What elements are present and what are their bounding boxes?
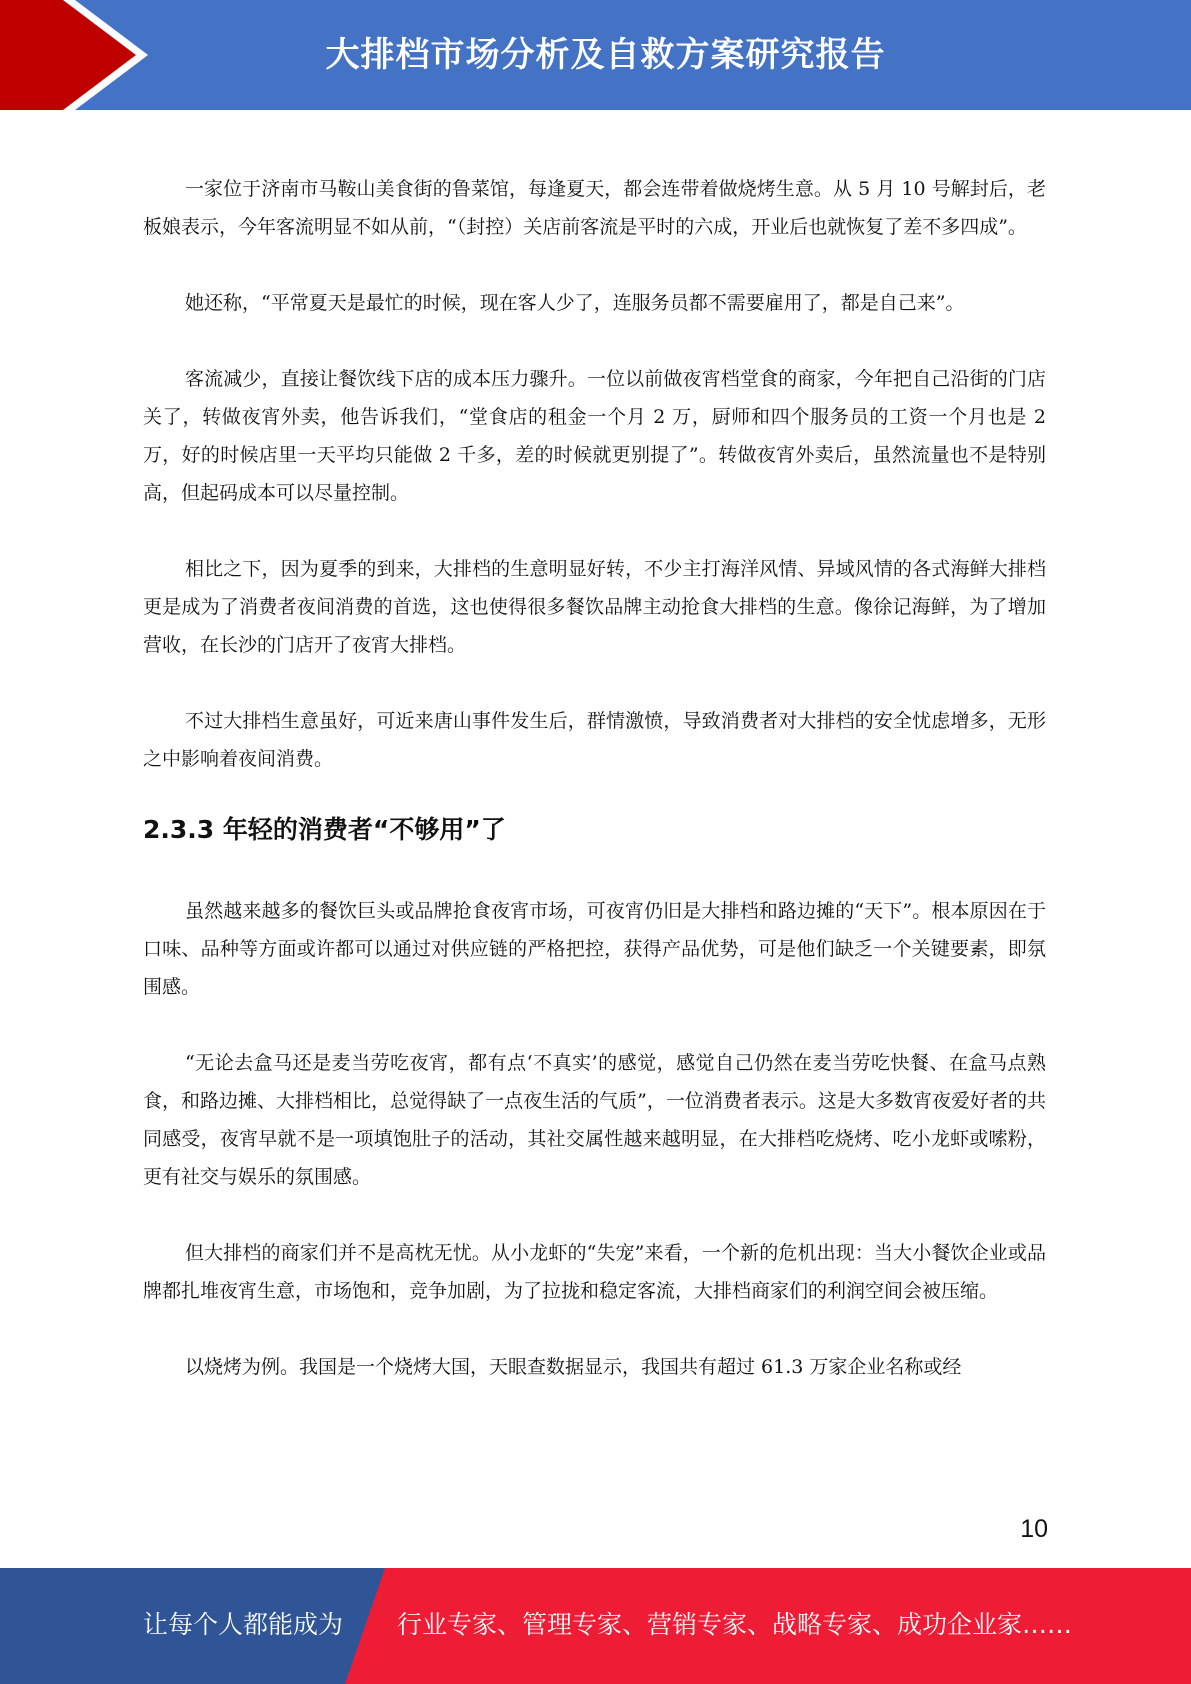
page-footer: 让每个人都能成为 行业专家、管理专家、营销专家、战略专家、成功企业家…… bbox=[0, 1568, 1191, 1684]
page-number: 10 bbox=[1020, 1515, 1048, 1544]
section-heading: 2.3.3 年轻的消费者“不够用”了 bbox=[143, 810, 1046, 850]
paragraph: 虽然越来越多的餐饮巨头或品牌抢食夜宵市场，可夜宵仍旧是大排档和路边摊的“天下”。… bbox=[143, 892, 1046, 1006]
paragraph: “无论去盒马还是麦当劳吃夜宵，都有点‘不真实’的感觉，感觉自己仍然在麦当劳吃快餐… bbox=[143, 1044, 1046, 1196]
paragraph: 她还称，“平常夏天是最忙的时候，现在客人少了，连服务员都不需要雇用了，都是自己来… bbox=[143, 284, 1046, 322]
paragraph: 以烧烤为例。我国是一个烧烤大国，天眼查数据显示，我国共有超过 61.3 万家企业… bbox=[143, 1348, 1046, 1386]
paragraph: 一家位于济南市马鞍山美食街的鲁菜馆，每逢夏天，都会连带着做烧烤生意。从 5 月 … bbox=[143, 170, 1046, 246]
paragraph: 但大排档的商家们并不是高枕无忧。从小龙虾的“失宠”来看，一个新的危机出现：当大小… bbox=[143, 1234, 1046, 1310]
paragraph: 相比之下，因为夏季的到来，大排档的生意明显好转，不少主打海洋风情、异域风情的各式… bbox=[143, 550, 1046, 664]
document-body: 一家位于济南市马鞍山美食街的鲁菜馆，每逢夏天，都会连带着做烧烤生意。从 5 月 … bbox=[143, 170, 1046, 1424]
page-header: 大排档市场分析及自救方案研究报告 bbox=[0, 0, 1191, 110]
paragraph: 不过大排档生意虽好，可近来唐山事件发生后，群情激愤，导致消费者对大排档的安全忧虑… bbox=[143, 702, 1046, 778]
footer-slogan-left: 让每个人都能成为 bbox=[143, 1605, 343, 1645]
footer-slogan-right: 行业专家、管理专家、营销专家、战略专家、成功企业家…… bbox=[397, 1605, 1072, 1645]
report-title: 大排档市场分析及自救方案研究报告 bbox=[0, 30, 1191, 80]
paragraph: 客流减少，直接让餐饮线下店的成本压力骤升。一位以前做夜宵档堂食的商家，今年把自己… bbox=[143, 360, 1046, 512]
